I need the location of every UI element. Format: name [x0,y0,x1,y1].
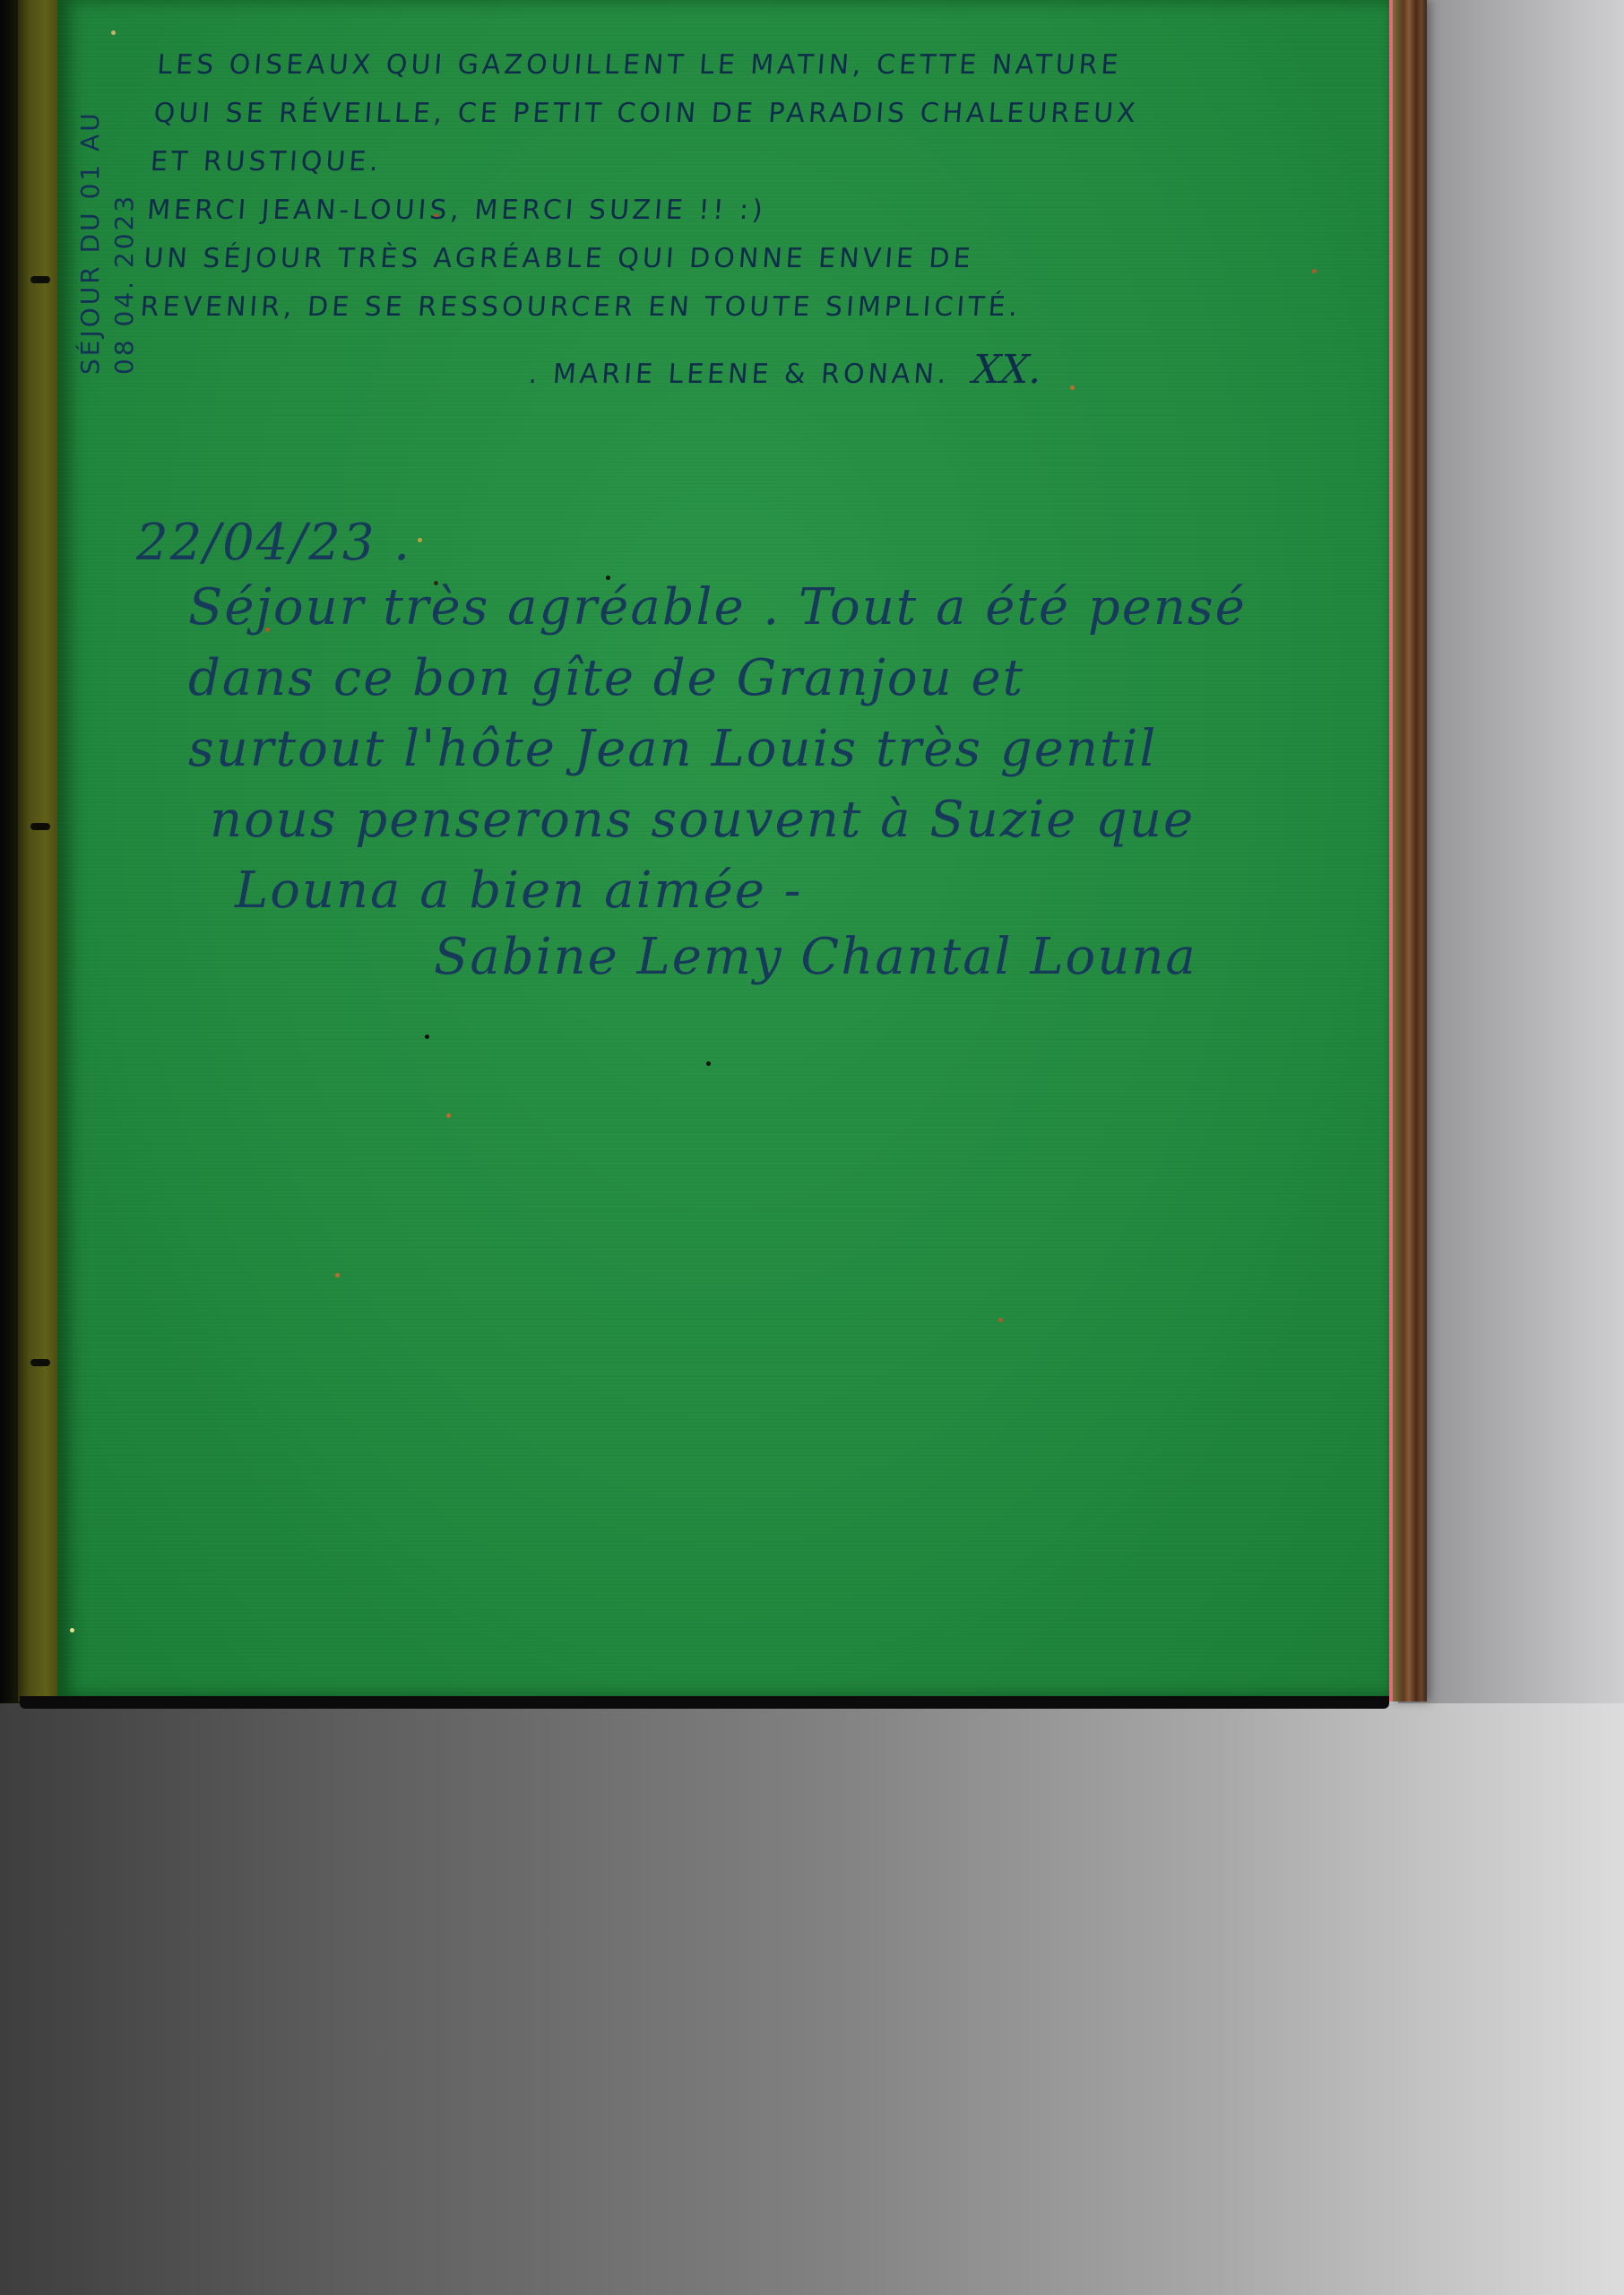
entry-1-signature: . Marie Leene & Ronan. xx. [527,346,1043,399]
entry-2-line: Séjour très agréable . Tout a été pensé [188,572,1247,643]
entry-1-line: qui se réveille, ce petit coin de paradi… [152,90,1141,138]
page-bottom-edge [20,1696,1389,1709]
book-binding [18,0,57,1702]
entry-2-text: Séjour très agréable . Tout a été pensé … [188,572,1247,926]
entry-2-line: dans ce bon gîte de Granjou et [188,643,1247,714]
entry-2-line: nous penserons souvent à Suzie que [188,784,1247,855]
entry-2-line: Louna a bien aimée - [188,855,1247,926]
margin-note-line-2: 08 04. 2023 [108,110,142,375]
entry-1-signature-names: . Marie Leene & Ronan. [528,359,951,390]
paper-speck [998,1318,1003,1322]
entry-2-date: 22/04/23 . [136,507,411,578]
paper-speck [418,538,422,542]
binding-stitch [30,823,50,830]
entry-1-line: Merci Jean-Louis, merci Suzie !! :) [145,186,1134,235]
entry-2-line: surtout l'hôte Jean Louis très gentil [188,714,1247,784]
entry-1-line: et rustique. [149,138,1137,186]
margin-note-stay-dates: Séjour du 01 au 08 04. 2023 [73,110,142,375]
entry-1-line: revenir, de se ressourcer en toute simpl… [139,283,1127,332]
entry-1-text: Les oiseaux qui gazouillent le matin, ce… [139,41,1145,332]
paper-speck [335,1273,340,1277]
paper-speck [1070,385,1075,390]
paper-speck [706,1061,711,1066]
paper-speck [425,1035,429,1039]
scanner-background-lower [0,1703,1624,2295]
binding-stitch [30,276,50,283]
binding-shadow [0,0,20,1703]
paper-speck [111,30,116,35]
scanner-background [1398,0,1624,1703]
entry-1-line: Les oiseaux qui gazouillent le matin, ce… [156,41,1145,90]
paper-speck [446,1113,451,1118]
page-edge-stack [1389,0,1427,1702]
binding-stitch [30,1359,50,1366]
entry-1-kisses: xx. [972,347,1043,393]
entry-2-signature: Sabine Lemy Chantal Louna [434,922,1197,992]
paper-speck [70,1628,74,1632]
entry-1-line: Un séjour très agréable qui donne envie … [142,235,1130,283]
paper-speck [1312,269,1317,273]
margin-note-line-1: Séjour du 01 au [73,110,108,375]
